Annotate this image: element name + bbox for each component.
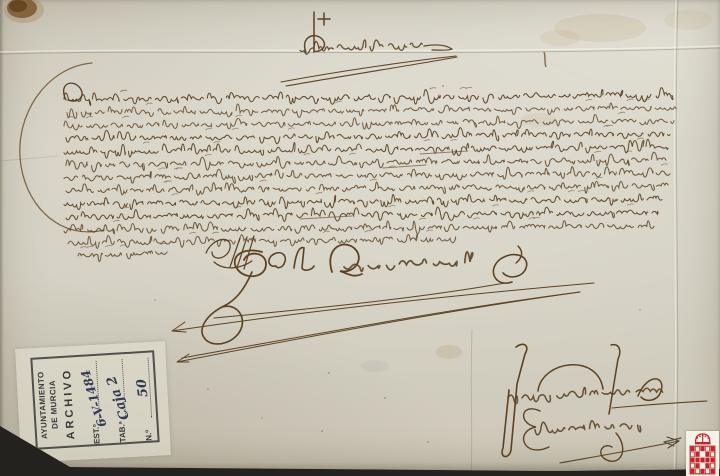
royal-signature-rubric: [172, 245, 594, 362]
manuscript-text-line: [78, 251, 167, 262]
abbreviation-marks: [120, 87, 471, 91]
crown-icon: [695, 434, 711, 444]
shield-border-cell: [690, 463, 694, 468]
fold-crease-vertical-lower: [471, 330, 472, 476]
countersignature-line2-letters: [535, 421, 641, 435]
shield-border-cell: [695, 446, 699, 451]
manuscript-text-line: [66, 207, 658, 221]
archive-stamp: AYUNTAMIENTO DE MURCIA ARCHIVO EST.º 6-V…: [30, 350, 159, 449]
initial-capital: [64, 83, 82, 101]
shield-border-cell: [705, 469, 709, 474]
shield-border-cell: [710, 463, 714, 468]
shield-border-cell: [705, 446, 709, 451]
manuscript-text-line: [64, 139, 668, 158]
abbreviation-marks: [123, 204, 634, 209]
shield-border-cell: [690, 469, 694, 474]
abbreviation-marks: [113, 217, 539, 221]
manuscript-text-line: [66, 181, 668, 195]
manuscript-text-line: [67, 103, 676, 118]
shield-border-cell: [700, 446, 704, 451]
manuscript-body-text: [64, 83, 676, 261]
archive-stamp-content: AYUNTAMIENTO DE MURCIA ARCHIVO EST.º 6-V…: [30, 352, 159, 451]
shield-border-cell: [710, 452, 714, 457]
stamp-field-num: N.º 50: [126, 355, 157, 442]
end-rubric-flourish: [206, 236, 254, 269]
abbreviation-marks: [206, 125, 613, 130]
shield-border-cell: [690, 446, 694, 451]
shield-crown-cell: [695, 458, 699, 463]
manuscript-text-line: [64, 114, 674, 129]
paper-specks: [154, 85, 641, 443]
shield-border-cell: [690, 452, 694, 457]
manuscript-text-line: [66, 128, 670, 144]
manuscript-scan: AYUNTAMIENTO DE MURCIA ARCHIVO EST.º 6-V…: [0, 0, 720, 476]
shield-border-cell: [710, 469, 714, 474]
shield-crown-cell: [705, 458, 709, 463]
stamp-field-num-label: N.º: [144, 430, 154, 441]
manuscript-text-line: [68, 234, 456, 248]
secretary-countersignature: [502, 344, 707, 463]
queen-heading-script: [281, 12, 457, 86]
manuscript-text-line: [66, 152, 666, 172]
manuscript-text-line: [64, 221, 654, 234]
fold-crease-vertical: [674, 0, 676, 476]
countersignature-line1-letters: [508, 388, 663, 404]
shield-border-cell: [710, 446, 714, 451]
shield-crown-cell: [705, 452, 709, 457]
invocation-cross-icon: [314, 12, 330, 52]
shield-icon: [690, 446, 715, 474]
shield-crown-cell: [695, 452, 699, 457]
murcia-arms-icon: [686, 431, 719, 476]
abbreviation-marks: [164, 177, 602, 182]
manuscript-text-line: [64, 88, 673, 106]
shield-border-cell: [710, 458, 714, 463]
stamp-field-num-value: 50: [134, 378, 151, 398]
manuscript-text-line: [64, 194, 662, 210]
shield-border-cell: [695, 469, 699, 474]
parchment-sheet: AYUNTAMIENTO DE MURCIA ARCHIVO EST.º 6-V…: [0, 0, 720, 476]
manuscript-text-line: [64, 167, 670, 184]
shield-crown-cell: [705, 463, 709, 468]
abbreviation-marks: [159, 164, 668, 169]
signature-letters: [344, 252, 473, 272]
shield-crown-cell: [695, 463, 699, 468]
shield-crown-cell: [700, 458, 704, 463]
word-underlines: [300, 151, 468, 219]
archive-emblem: [686, 431, 719, 476]
shield-border-cell: [690, 458, 694, 463]
stamp-field-tab-label: TAB.ª: [117, 421, 127, 443]
shield-border-cell: [700, 469, 704, 474]
